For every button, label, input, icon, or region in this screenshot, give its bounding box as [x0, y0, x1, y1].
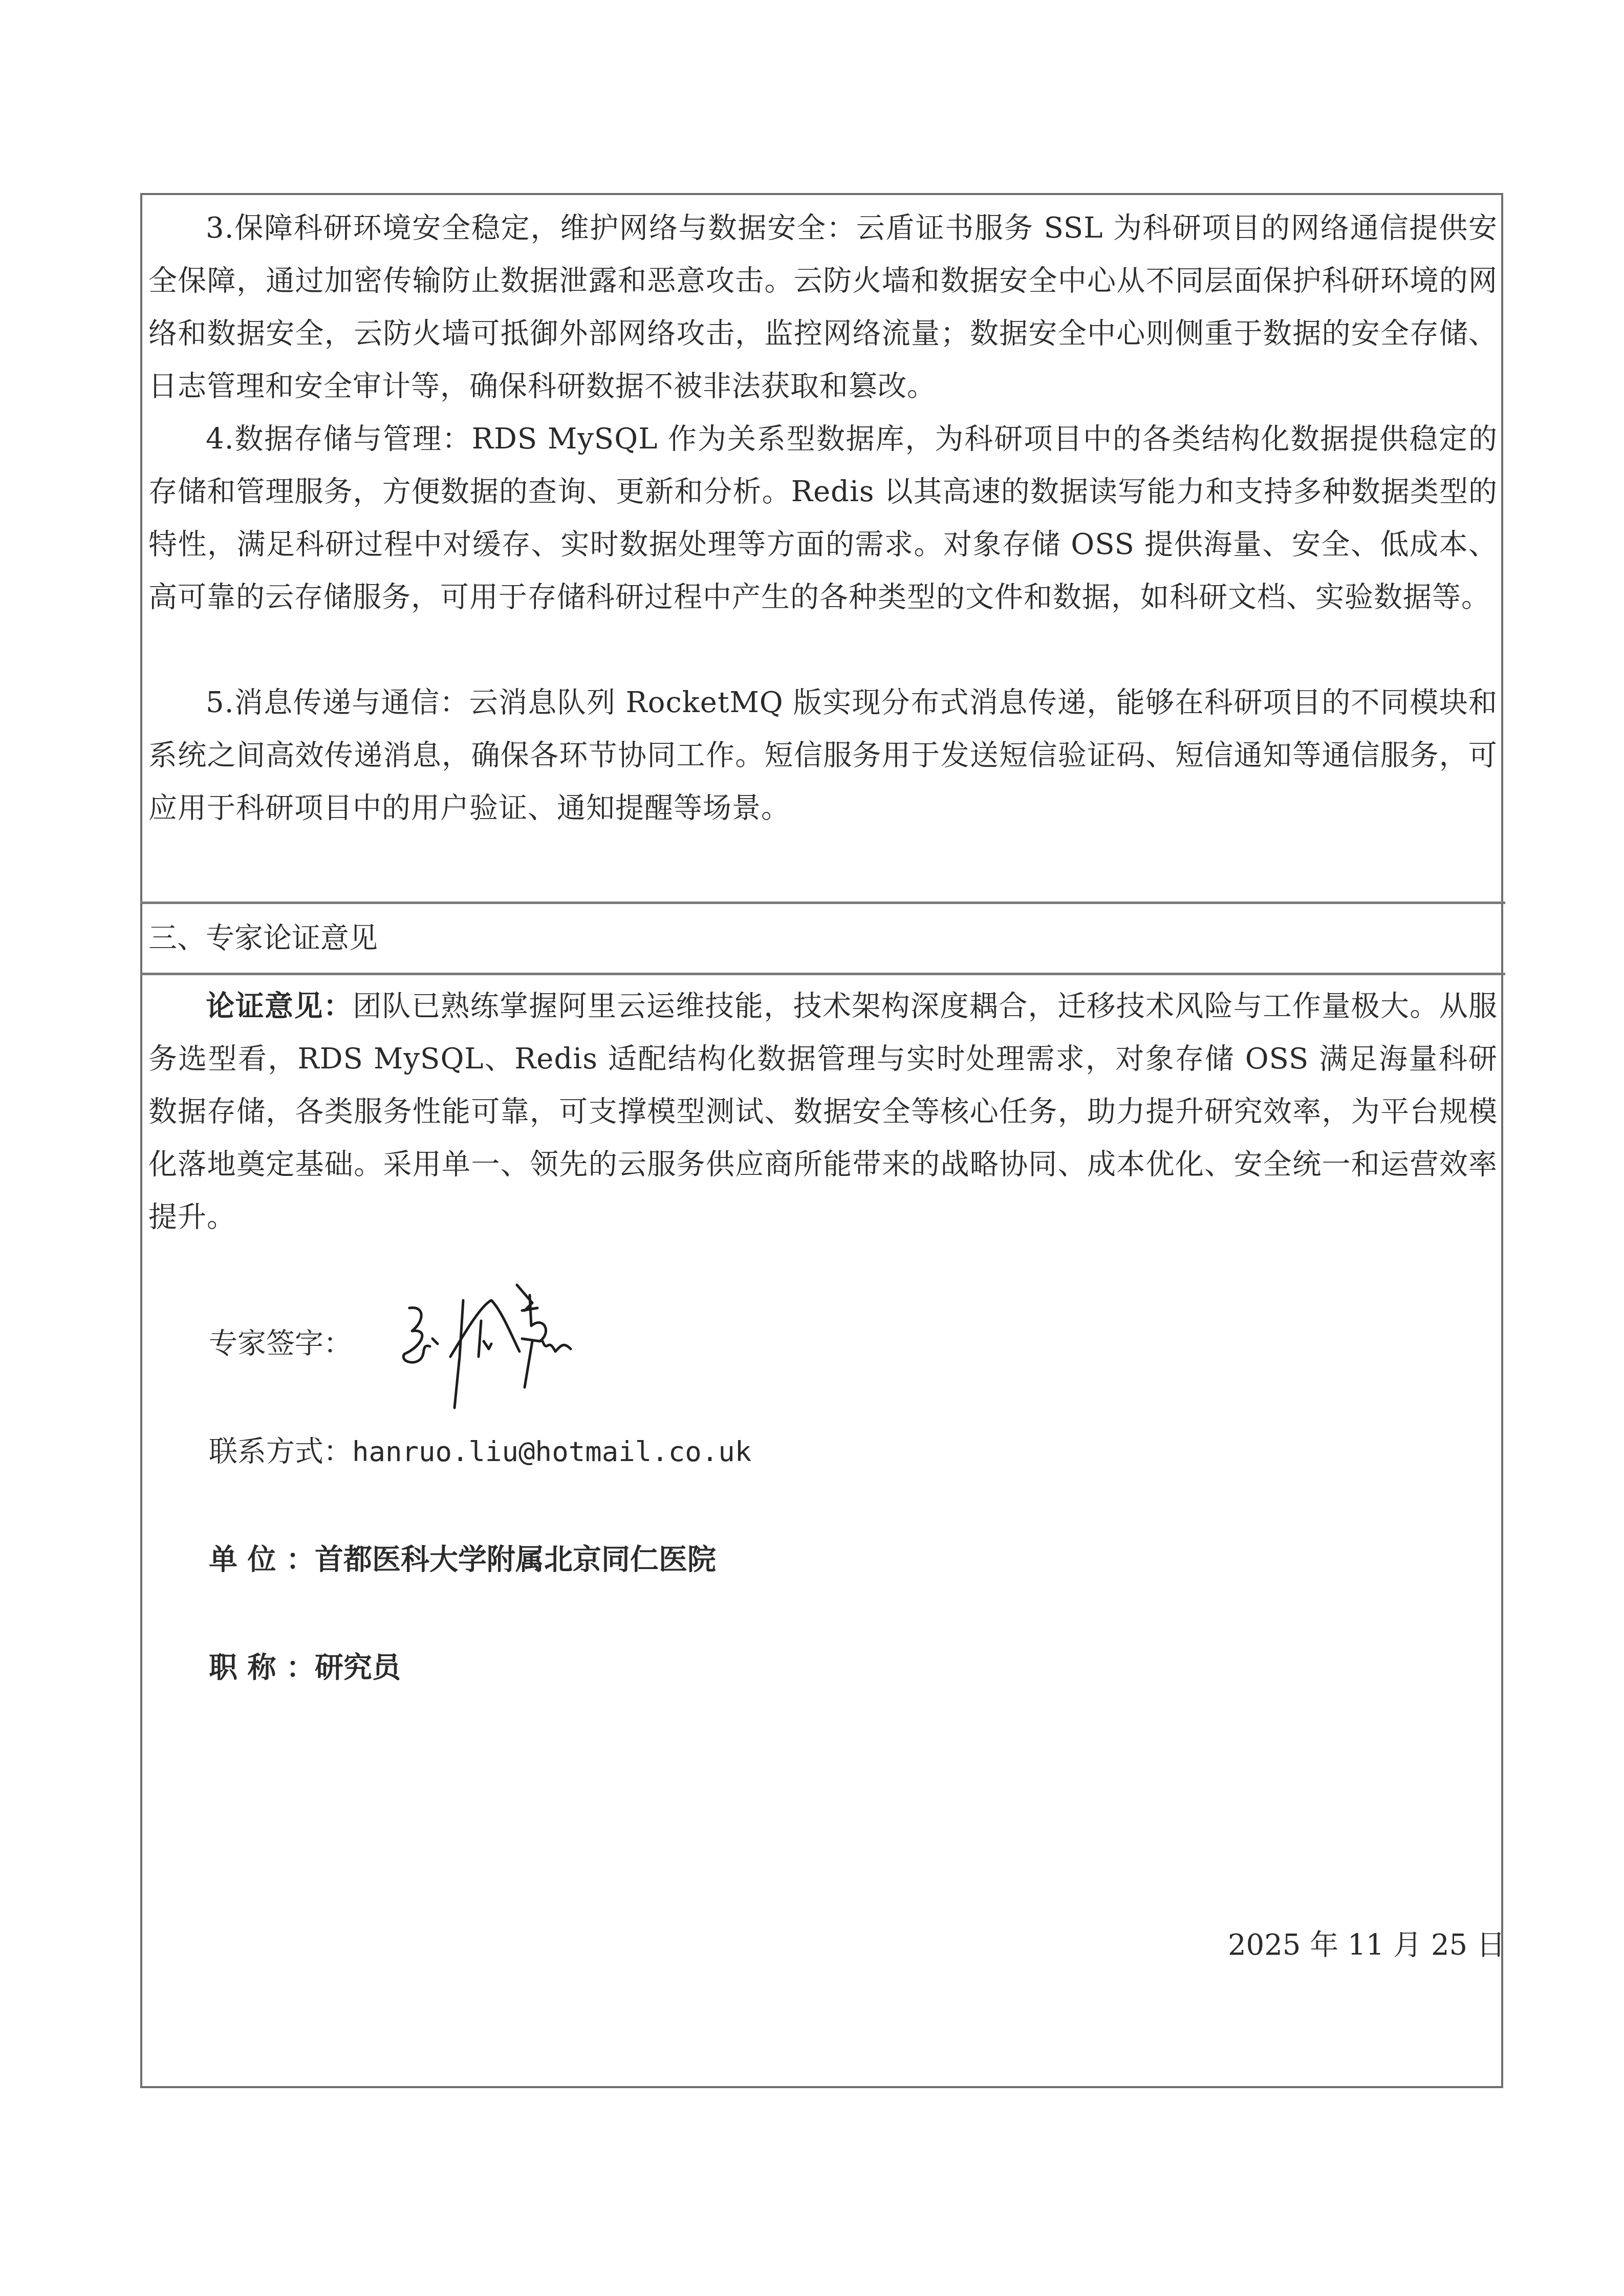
date-month: 11: [1348, 1928, 1384, 1962]
paragraph-storage-text: 4.数据存储与管理：RDS MySQL 作为关系型数据库，为科研项目中的各类结构…: [148, 422, 1498, 614]
date-year: 2025: [1228, 1928, 1301, 1962]
row-divider-section-header-top: [140, 902, 1505, 904]
date-day: 25: [1431, 1928, 1467, 1962]
date-month-unit: 月: [1393, 1928, 1422, 1962]
expert-opinion: 论证意见：团队已熟练掌握阿里云运维技能，技术架构深度耦合，迁移技术风险与工作量极…: [148, 980, 1498, 1243]
unit-value: 首都医科大学附属北京同仁医院: [315, 1542, 716, 1576]
date-year-unit: 年: [1310, 1928, 1338, 1962]
signature-label: 专家签字：: [209, 1324, 352, 1363]
title-field: 职 称 ：研究员: [209, 1648, 401, 1687]
opinion-label: 论证意见：: [206, 989, 353, 1023]
paragraph-messaging-text: 5.消息传递与通信：云消息队列 RocketMQ 版实现分布式消息传递，能够在科…: [148, 686, 1498, 825]
contact-label: 联系方式：: [209, 1435, 352, 1468]
paragraph-messaging: 5.消息传递与通信：云消息队列 RocketMQ 版实现分布式消息传递，能够在科…: [148, 676, 1498, 834]
paragraph-security: 3.保障科研环境安全稳定，维护网络与数据安全：云盾证书服务 SSL 为科研项目的…: [148, 202, 1498, 413]
contact-email: hanruo.liu@hotmail.co.uk: [352, 1435, 751, 1468]
contact-field: 联系方式：hanruo.liu@hotmail.co.uk: [209, 1432, 751, 1471]
date-day-unit: 日: [1477, 1928, 1505, 1962]
handwritten-signature-icon: [394, 1280, 619, 1413]
paragraph-storage: 4.数据存储与管理：RDS MySQL 作为关系型数据库，为科研项目中的各类结构…: [148, 413, 1498, 624]
paragraph-security-text: 3.保障科研环境安全稳定，维护网络与数据安全：云盾证书服务 SSL 为科研项目的…: [148, 211, 1498, 403]
title-value: 研究员: [315, 1650, 401, 1684]
signing-date: 2025 年 11 月 25 日: [1228, 1926, 1505, 1965]
opinion-text: 团队已熟练掌握阿里云运维技能，技术架构深度耦合，迁移技术风险与工作量极大。从服务…: [148, 990, 1498, 1234]
title-label: 职 称 ：: [209, 1650, 315, 1684]
section-header-expert-opinion: 三、专家论证意见: [148, 919, 378, 958]
unit-label: 单 位 ：: [209, 1542, 315, 1576]
unit-field: 单 位 ：首都医科大学附属北京同仁医院: [209, 1540, 716, 1579]
row-divider-section-header-bottom: [140, 973, 1505, 975]
